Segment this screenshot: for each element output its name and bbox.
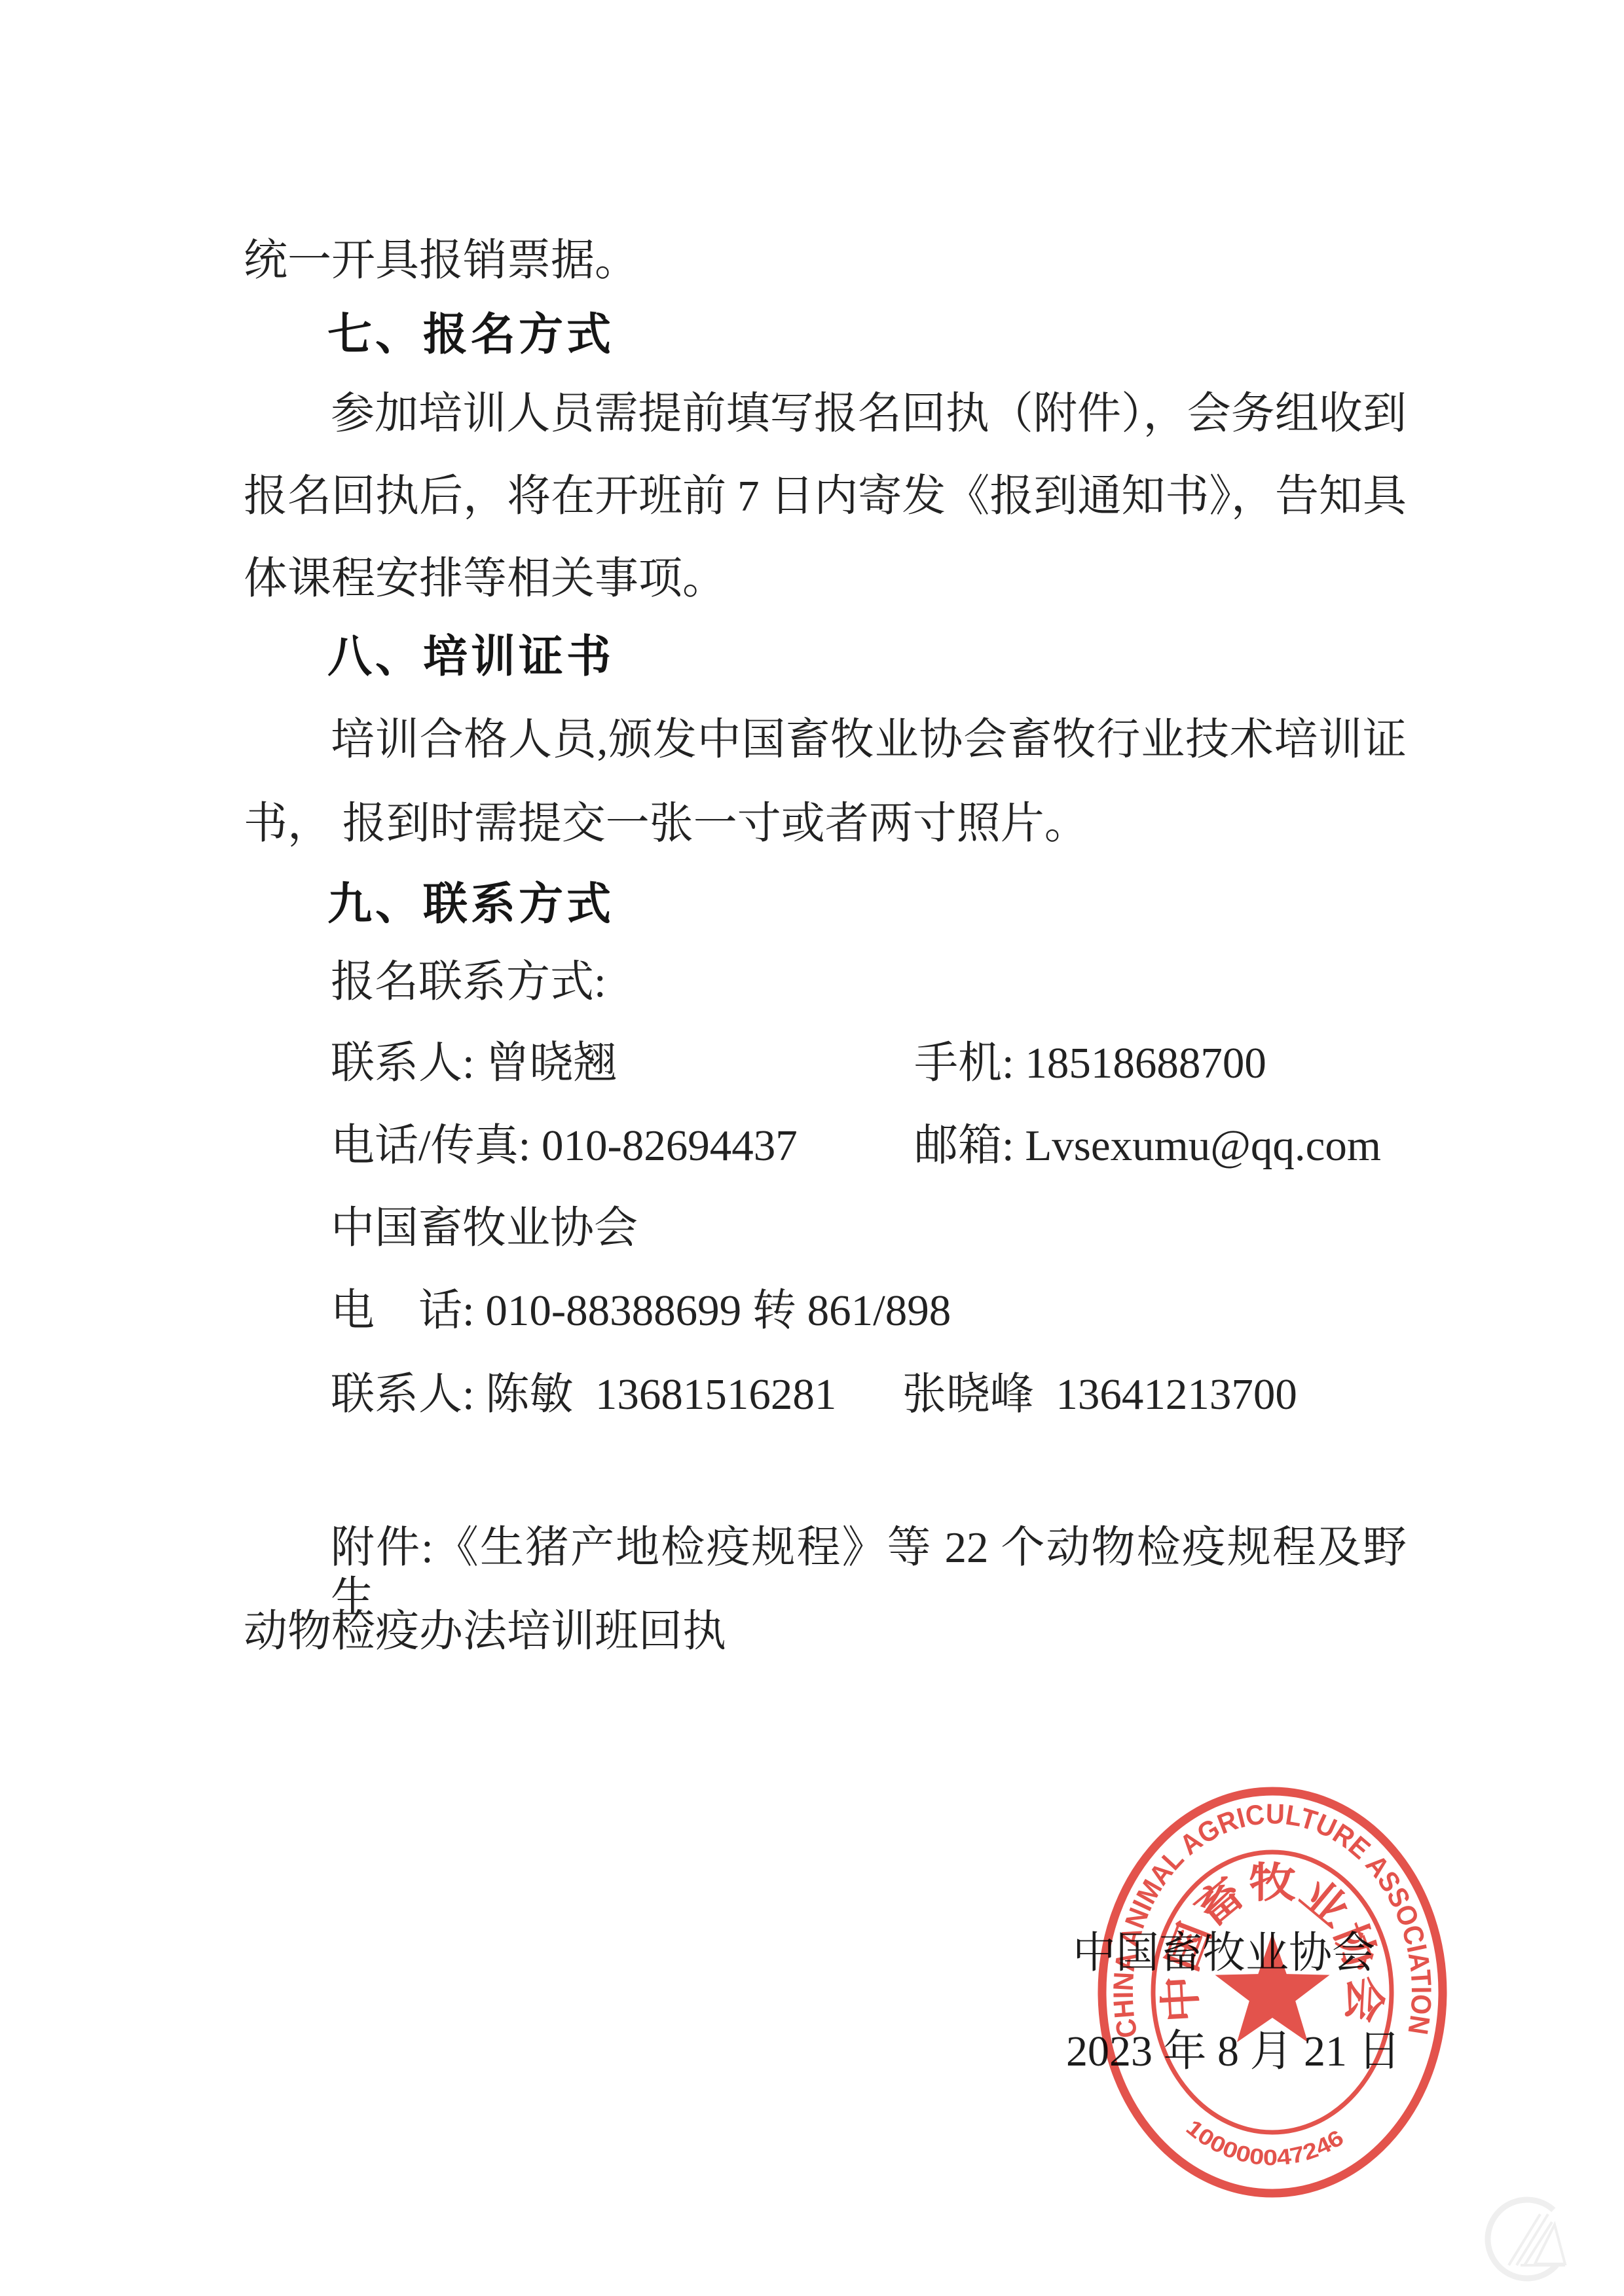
body-intro-line: 统一开具报销票据。 (244, 236, 638, 286)
association-contacts: 联系人: 陈敏 13681516281 张晓峰 13641213700 (331, 1370, 1297, 1420)
contact-person: 联系人: 曾晓翘 (331, 1038, 617, 1089)
section8-heading: 八、培训证书 (327, 631, 614, 682)
document-page: 统一开具报销票据。 七、报名方式 参加培训人员需提前填写报名回执（附件），会务组… (0, 0, 1624, 2296)
section8-line2: 书， 报到时需提交一张一寸或者两寸照片。 (244, 799, 1088, 849)
section8-line1: 培训合格人员,颁发中国畜牧业协会畜牧行业技术培训证 (331, 715, 1407, 765)
contact-intro: 报名联系方式: (331, 957, 606, 1008)
contact-email: 邮箱: Lvsexumu@qq.com (914, 1121, 1381, 1171)
section9-heading: 九、联系方式 (327, 879, 614, 930)
caa-watermark-icon (1475, 2188, 1579, 2294)
section7-heading: 七、报名方式 (327, 309, 614, 360)
section7-line3: 体课程安排等相关事项。 (244, 554, 726, 604)
red-star-icon (1215, 1933, 1330, 2042)
association-phone: 电 话: 010-88388699 转 861/898 (331, 1286, 951, 1336)
official-seal-stamp: CHINA ANIMAL AGRICULTURE ASSOCIATION 100… (1093, 1782, 1452, 2203)
section7-line2: 报名回执后，将在开班前 7 日内寄发《报到通知书》，告知具 (244, 471, 1407, 522)
contact-telfax: 电话/传真: 010-82694437 (331, 1121, 798, 1171)
seal-serial-number: 100000047246 (1181, 2115, 1348, 2171)
contact-mobile: 手机: 18518688700 (914, 1038, 1266, 1089)
attachment-line2: 动物检疫办法培训班回执 (244, 1607, 726, 1657)
section7-line1: 参加培训人员需提前填写报名回执（附件），会务组收到 (331, 389, 1407, 439)
association-name: 中国畜牧业协会 (331, 1203, 638, 1254)
